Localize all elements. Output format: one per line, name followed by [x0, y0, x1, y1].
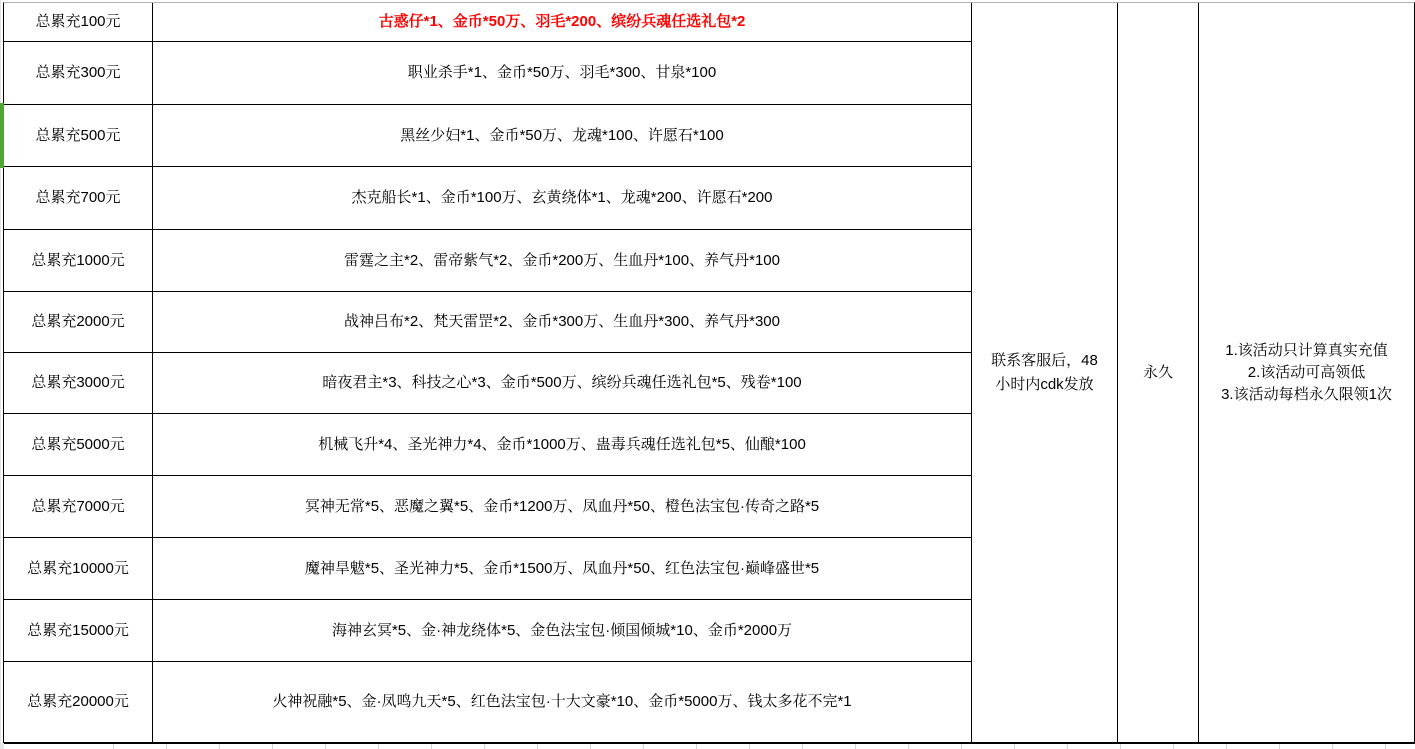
tier-cell[interactable]: 总累充2000元	[4, 292, 153, 353]
rule-line-2: 2.该活动可高领低	[1248, 362, 1366, 384]
tier-cell[interactable]: 总累充3000元	[4, 353, 153, 414]
row-header-stub	[0, 743, 4, 749]
gridline-tick	[961, 744, 962, 749]
gridline-tick	[1226, 744, 1227, 749]
tier-cell[interactable]: 总累充300元	[4, 42, 153, 105]
tier-cell[interactable]: 总累充100元	[4, 3, 153, 42]
gridline-tick	[272, 744, 273, 749]
gridline-tick	[113, 744, 114, 749]
reward-cell[interactable]: 职业杀手*1、金币*50万、羽毛*300、甘泉*100	[153, 42, 972, 105]
gridline-tick	[484, 744, 485, 749]
gridline-tick	[643, 744, 644, 749]
gridline-tick	[590, 744, 591, 749]
gridline-tick	[1067, 744, 1068, 749]
reward-cell[interactable]: 雷霆之主*2、雷帝紫气*2、金币*200万、生血丹*100、养气丹*100	[153, 230, 972, 292]
reward-cell[interactable]: 冥神无常*5、恶魔之翼*5、金币*1200万、凤血丹*50、橙色法宝包·传奇之路…	[153, 476, 972, 538]
gridline-tick	[378, 744, 379, 749]
tier-cell[interactable]: 总累充7000元	[4, 476, 153, 538]
reward-cell[interactable]: 黑丝少妇*1、金币*50万、龙魂*100、许愿石*100	[153, 105, 972, 167]
reward-cell[interactable]: 暗夜君主*3、科技之心*3、金币*500万、缤纷兵魂任选礼包*5、残卷*100	[153, 353, 972, 414]
gridline-tick	[749, 744, 750, 749]
duration-cell[interactable]: 永久	[1118, 3, 1199, 742]
gridline-tick	[1332, 744, 1333, 749]
tier-cell[interactable]: 总累充700元	[4, 167, 153, 230]
gridline-tick	[855, 744, 856, 749]
reward-cell[interactable]: 魔神旱魃*5、圣光神力*5、金币*1500万、凤血丹*50、红色法宝包·巅峰盛世…	[153, 538, 972, 600]
gridline-tick	[431, 744, 432, 749]
activity-rules-cell[interactable]: 1.该活动只计算真实充值 2.该活动可高领低 3.该活动每档永久限领1次	[1199, 3, 1414, 742]
gridline-tick	[908, 744, 909, 749]
gridline-tick	[1279, 744, 1280, 749]
spreadsheet-viewport: 总累充100元古惑仔*1、金币*50万、羽毛*200、缤纷兵魂任选礼包*2总累充…	[0, 0, 1415, 749]
reward-cell[interactable]: 海神玄冥*5、金·神龙绕体*5、金色法宝包·倾国倾城*10、金币*2000万	[153, 600, 972, 662]
reward-cell[interactable]: 战神吕布*2、梵天雷罡*2、金币*300万、生血丹*300、养气丹*300	[153, 292, 972, 353]
delivery-method-cell[interactable]: 联系客服后，48小时内cdk发放	[972, 3, 1118, 742]
gridline-tick	[537, 744, 538, 749]
tier-cell[interactable]: 总累充5000元	[4, 414, 153, 476]
gridline-tick	[219, 744, 220, 749]
reward-cell[interactable]: 杰克船长*1、金币*100万、玄黄绕体*1、龙魂*200、许愿石*200	[153, 167, 972, 230]
tier-cell[interactable]: 总累充15000元	[4, 600, 153, 662]
gridline-tick	[1385, 744, 1386, 749]
tier-cell[interactable]: 总累充20000元	[4, 662, 153, 742]
recharge-rewards-table: 总累充100元古惑仔*1、金币*50万、羽毛*200、缤纷兵魂任选礼包*2总累充…	[3, 2, 1415, 744]
gridline-tick	[1120, 744, 1121, 749]
reward-cell[interactable]: 古惑仔*1、金币*50万、羽毛*200、缤纷兵魂任选礼包*2	[153, 3, 972, 42]
rule-line-3: 3.该活动每档永久限领1次	[1221, 384, 1392, 406]
gridline-tick	[325, 744, 326, 749]
gridline-tick	[1014, 744, 1015, 749]
gridline-tick	[1173, 744, 1174, 749]
tier-cell[interactable]: 总累充500元	[4, 105, 153, 167]
tier-cell[interactable]: 总累充10000元	[4, 538, 153, 600]
next-row-gridlines	[0, 744, 1415, 749]
gridline-tick	[696, 744, 697, 749]
reward-cell[interactable]: 机械飞升*4、圣光神力*4、金币*1000万、蛊毒兵魂任选礼包*5、仙酿*100	[153, 414, 972, 476]
gridline-tick	[166, 744, 167, 749]
gridline-tick	[802, 744, 803, 749]
tier-cell[interactable]: 总累充1000元	[4, 230, 153, 292]
selected-cell-border	[0, 103, 4, 168]
rule-line-1: 1.该活动只计算真实充值	[1225, 340, 1388, 362]
reward-cell[interactable]: 火神祝融*5、金·凤鸣九天*5、红色法宝包·十大文豪*10、金币*5000万、钱…	[153, 662, 972, 742]
